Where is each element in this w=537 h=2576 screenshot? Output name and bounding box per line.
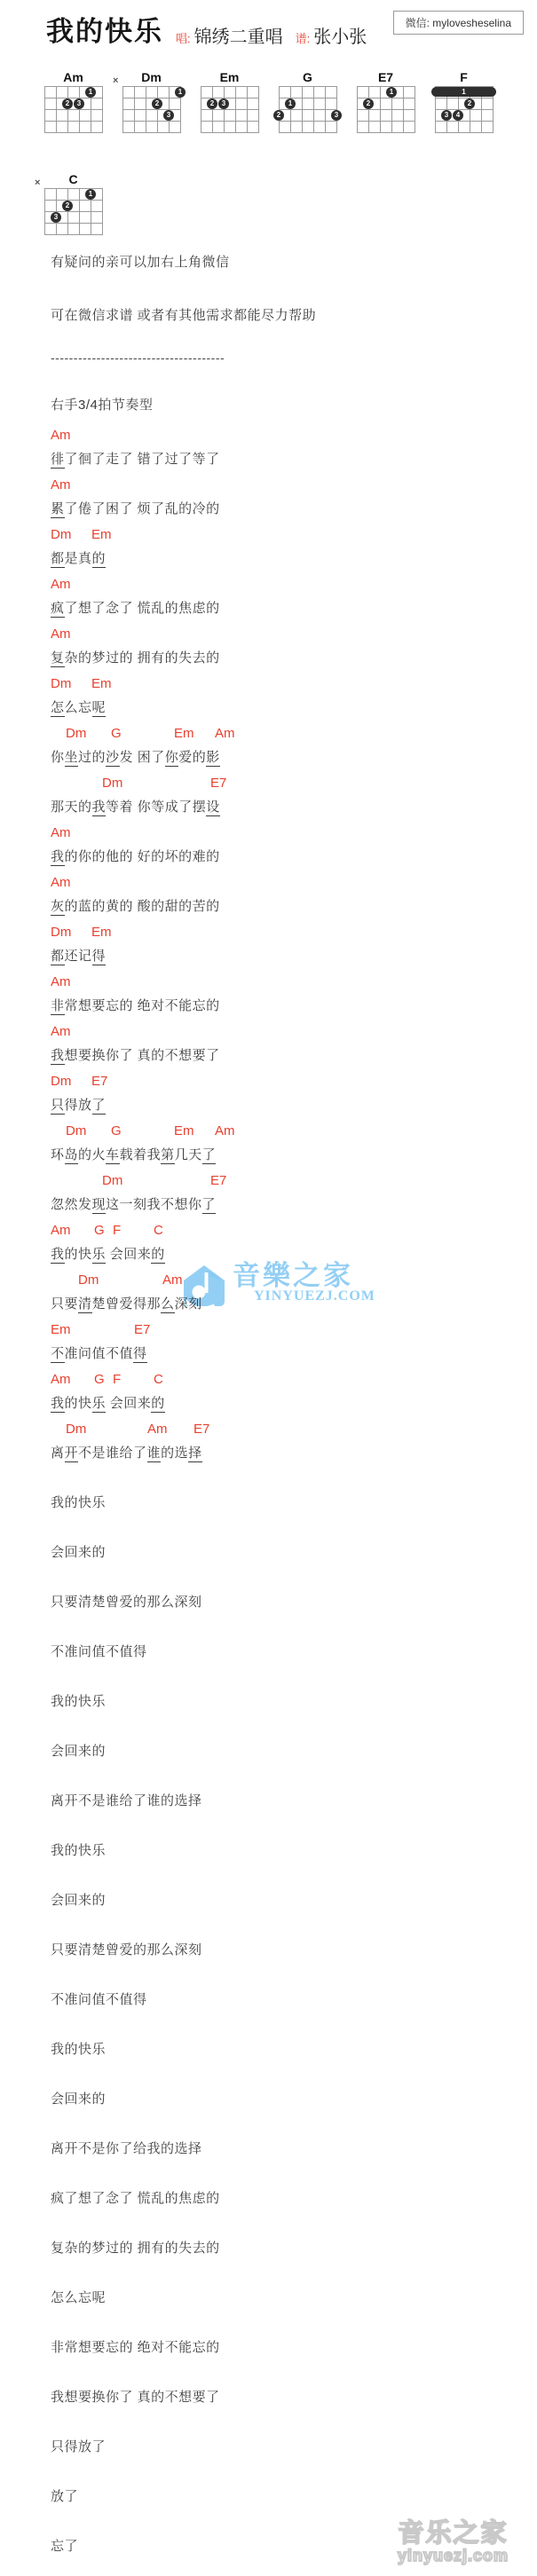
chord-name-label: C — [44, 173, 102, 185]
chord-symbol: Am — [51, 825, 71, 841]
lyric-text: 么忘 — [65, 700, 92, 715]
lyric-text: 的你的他的 好的坏的难的 — [65, 849, 220, 864]
chord-annotation-line: DmE7 — [51, 772, 537, 797]
chord-symbol: Em — [91, 925, 112, 941]
lyric-text: 深刻 — [175, 1296, 202, 1312]
lyric-text: 准问值不值 — [65, 1346, 134, 1361]
plain-lyric-line: 我的快乐 — [51, 1493, 537, 1517]
chord-symbol: Am — [51, 577, 71, 593]
chord-symbol: E7 — [210, 1173, 226, 1189]
lyric-beat-underlined: 我 — [51, 1048, 65, 1065]
lyric-beat-underlined: 累 — [51, 501, 65, 518]
lyric-beat-underlined: 都 — [51, 551, 65, 568]
chord-annotation-line: Am — [51, 822, 537, 847]
lyric-line: 那天的我等着 你等成了摆设 — [51, 797, 537, 822]
lyric-beat-underlined: 的 — [151, 1247, 165, 1264]
chord-symbol: Dm — [51, 925, 71, 941]
chord-symbol: Am — [215, 1123, 235, 1139]
finger-dot: 2 — [62, 201, 73, 211]
chord-symbol: Dm — [66, 1123, 86, 1139]
chord-symbol: C — [154, 1223, 163, 1239]
arranger-name: 张小张 — [313, 22, 367, 48]
chord-symbol: Dm — [102, 1173, 122, 1189]
chord-symbol: Em — [51, 1322, 71, 1338]
singer-name: 锦绣二重唱 — [194, 22, 283, 48]
lyric-text: 楚曾爱得那 — [92, 1296, 162, 1312]
plain-lyric-line: 复杂的梦过的 拥有的失去的 — [51, 2238, 537, 2263]
chord-name-label: Em — [201, 71, 258, 83]
finger-dot: 1 — [175, 87, 186, 98]
chord-annotation-line: DmE7 — [51, 1070, 537, 1095]
plain-lyric-line: 我想要换你了 真的不想要了 — [51, 2387, 537, 2412]
lyric-line: 非常想要忘的 绝对不能忘的 — [51, 996, 537, 1020]
lyric-beat-underlined: 我 — [92, 800, 107, 816]
lyric-beat-underlined: 乐 — [92, 1396, 107, 1413]
lyric-beat-underlined: 清 — [78, 1296, 92, 1313]
lyric-text: 发 困了 — [120, 750, 165, 765]
lyric-line: 只要清楚曾爱得那么深刻 — [51, 1294, 537, 1319]
chord-diagram-G: G123 — [279, 71, 336, 133]
plain-lyric-line: 只得放了 — [51, 2437, 537, 2462]
chord-symbol: Dm — [102, 776, 122, 792]
lyric-beat-underlined: 灰 — [51, 899, 65, 916]
chord-annotation-line: DmAm — [51, 1269, 537, 1294]
finger-dot: 3 — [163, 110, 174, 121]
chord-symbol: Am — [215, 726, 235, 742]
chord-symbol: Am — [51, 1024, 71, 1040]
lyric-line: 复杂的梦过的 拥有的失去的 — [51, 648, 537, 673]
chord-diagram-F: F1234 — [435, 71, 493, 133]
lyric-beat-underlined: 开 — [65, 1446, 79, 1462]
chord-grid: 123 — [279, 86, 337, 133]
lyric-text: 得放 — [65, 1098, 92, 1113]
finger-dot: 2 — [152, 98, 162, 109]
chord-symbol: F — [113, 1372, 121, 1388]
lyric-beat-underlined: 非 — [51, 998, 65, 1015]
lyric-beat-underlined: 车 — [106, 1147, 120, 1164]
plain-lyric-line: 不准问值不值得 — [51, 1642, 537, 1666]
lyric-text: 忽然发 — [51, 1197, 92, 1212]
finger-dot: 1 — [85, 87, 96, 98]
chord-name-label: F — [435, 71, 493, 83]
chord-symbol: Em — [174, 1123, 194, 1139]
plain-lyric-line: 我的快乐 — [51, 1840, 537, 1865]
lyric-beat-underlined: 设 — [206, 800, 220, 816]
lyric-text: 爱的 — [178, 750, 206, 765]
lyric-line: 灰的蓝的黄的 酸的甜的苦的 — [51, 896, 537, 921]
plain-lyric-line: 非常想要忘的 绝对不能忘的 — [51, 2337, 537, 2362]
plain-lyric-line: 放了 — [51, 2486, 537, 2511]
chord-grid: ×123 — [122, 86, 181, 133]
chord-grid: 123 — [44, 86, 103, 133]
chord-symbol: Em — [91, 527, 112, 543]
chord-annotation-line: Am — [51, 573, 537, 598]
chord-annotation-line: Am — [51, 971, 537, 996]
chord-grid: ×123 — [44, 188, 103, 235]
chord-symbol: Dm — [51, 676, 71, 692]
lyric-line: 我的你的他的 好的坏的难的 — [51, 847, 537, 871]
lyric-line: 只得放了 — [51, 1095, 537, 1120]
singer-label: 唱: — [176, 29, 191, 46]
lyric-line: 忽然发现这一刻我不想你了 — [51, 1194, 537, 1219]
chord-symbol: Dm — [78, 1272, 99, 1288]
lyric-text: 的快 — [65, 1247, 92, 1262]
lyric-text: 你 — [51, 750, 65, 765]
lyric-text: 了倦了困了 烦了乱的冷的 — [65, 501, 220, 516]
chord-symbol: E7 — [210, 776, 226, 792]
lyric-text: 的蓝的黄的 酸的甜的苦的 — [65, 899, 220, 914]
lyric-beat-underlined: 乐 — [92, 1247, 107, 1264]
chord-diagram-row-2: C×123 — [44, 173, 537, 235]
chord-symbol: Dm — [51, 527, 71, 543]
lyric-beat-underlined: 的 — [92, 551, 107, 568]
chord-symbol: F — [113, 1223, 121, 1239]
chord-symbol: Am — [51, 1223, 71, 1239]
lyric-beat-underlined: 我 — [51, 1396, 65, 1413]
plain-lyric-line: 只要清楚曾爱的那么深刻 — [51, 1940, 537, 1965]
lyric-text: 会回来 — [106, 1396, 151, 1411]
note-help: 可在微信求谱 或者有其他需求都能尽力帮助 — [51, 308, 537, 324]
chord-symbol: Dm — [66, 726, 86, 742]
chord-annotation-line: AmGFC — [51, 1368, 537, 1393]
lyric-beat-underlined: 沙 — [106, 750, 120, 767]
lyric-text: 杂的梦过的 拥有的失去的 — [65, 650, 220, 666]
chord-symbol: Am — [51, 1372, 71, 1388]
chord-annotation-line: DmEm — [51, 673, 537, 697]
plain-lyric-line: 会回来的 — [51, 2089, 537, 2114]
lyric-beat-underlined: 怎 — [51, 700, 65, 717]
page-title: 我的快乐 — [46, 14, 163, 50]
lyric-text: 是真 — [65, 551, 92, 566]
plain-lyric-line: 离开不是谁给了谁的选择 — [51, 1791, 537, 1816]
finger-dot: 1 — [386, 87, 397, 98]
lyric-beat-underlined: 我 — [51, 1247, 65, 1264]
chord-symbol: Em — [174, 726, 194, 742]
rhythm-pattern-label: 右手3/4拍节奏型 — [51, 398, 537, 414]
lyric-beat-underlined: 择 — [188, 1446, 202, 1462]
lyric-beat-underlined: 我 — [51, 849, 65, 866]
finger-dot: 1 — [85, 189, 96, 200]
lyric-beat-underlined: 岛 — [65, 1147, 79, 1164]
finger-dot: 2 — [464, 98, 475, 109]
lyric-line: 环岛的火车载着我第几天了 — [51, 1145, 537, 1170]
chord-symbol: E7 — [134, 1322, 150, 1338]
chord-annotation-line: Am — [51, 424, 537, 449]
plain-lyric-line: 会回来的 — [51, 1542, 537, 1567]
plain-lyric-line: 我的快乐 — [51, 1691, 537, 1716]
lyric-beat-underlined: 么 — [161, 1296, 175, 1313]
chord-grid: 1234 — [435, 86, 494, 133]
lyric-line: 累了倦了困了 烦了乱的冷的 — [51, 499, 537, 524]
chord-symbol: Am — [51, 875, 71, 891]
lyric-beat-underlined: 疯 — [51, 601, 65, 618]
chord-symbol: Am — [162, 1272, 183, 1288]
lyric-line: 不准问值不值得 — [51, 1343, 537, 1368]
lyric-line: 徘了徊了走了 错了过了等了 — [51, 449, 537, 474]
lyric-beat-underlined: 坐 — [65, 750, 79, 767]
chord-symbol: Am — [51, 974, 71, 990]
lyric-text: 几天 — [175, 1147, 202, 1162]
chord-diagram-Dm: Dm×123 — [122, 71, 180, 133]
lyric-beat-underlined: 第 — [161, 1147, 175, 1164]
muted-string-mark: × — [113, 75, 118, 86]
chord-diagram-C: C×123 — [44, 173, 102, 235]
chord-symbol: E7 — [91, 1074, 107, 1090]
lyric-text: 会回来 — [106, 1247, 151, 1262]
finger-dot: 3 — [51, 212, 61, 223]
lyric-line: 我的快乐 会回来的 — [51, 1244, 537, 1269]
chord-annotation-line: Am — [51, 623, 537, 648]
chord-annotation-line: DmEm — [51, 921, 537, 946]
lyric-text: 的快 — [65, 1396, 92, 1411]
lyric-beat-underlined: 呢 — [92, 700, 107, 717]
chord-symbol: Am — [51, 428, 71, 444]
lyric-line: 离开不是谁给了谁的选择 — [51, 1443, 537, 1468]
finger-dot: 2 — [62, 98, 73, 109]
lyric-text: 环 — [51, 1147, 65, 1162]
chord-symbol: G — [111, 1123, 122, 1139]
lyric-text: 过的 — [78, 750, 106, 765]
lyric-text: 想要换你了 真的不想要了 — [65, 1048, 220, 1063]
finger-dot: 3 — [74, 98, 84, 109]
chord-name-label: Dm — [122, 71, 180, 83]
chord-symbol: G — [94, 1372, 105, 1388]
lyric-line: 你坐过的沙发 困了你爱的影 — [51, 747, 537, 772]
plain-lyrics-block: 我的快乐会回来的只要清楚曾爱的那么深刻不准问值不值得我的快乐会回来的离开不是谁给… — [51, 1493, 537, 2561]
plain-lyric-line: 会回来的 — [51, 1890, 537, 1915]
chord-grid: 12 — [357, 86, 415, 133]
chord-annotation-line: Am — [51, 871, 537, 896]
lyric-beat-underlined: 你 — [165, 750, 179, 767]
muted-string-mark: × — [35, 177, 40, 188]
lyric-line: 我想要换你了 真的不想要了 — [51, 1045, 537, 1070]
finger-dot: 2 — [273, 110, 284, 121]
lyric-beat-underlined: 得 — [92, 949, 107, 965]
plain-lyric-line: 离开不是你了给我的选择 — [51, 2139, 537, 2163]
note-contact: 有疑问的亲可以加右上角微信 — [51, 255, 537, 271]
lyric-beat-underlined: 复 — [51, 650, 65, 667]
lyric-beat-underlined: 了 — [92, 1098, 107, 1115]
lyric-line: 都是真的 — [51, 548, 537, 573]
chord-grid: 23 — [201, 86, 259, 133]
wechat-contact-box: 微信: mylovesheselina — [393, 11, 524, 35]
lyric-line: 都还记得 — [51, 946, 537, 971]
lyric-beat-underlined: 得 — [133, 1346, 147, 1363]
lyric-text: 的选 — [161, 1446, 188, 1461]
plain-lyric-line: 疯了想了念了 慌乱的焦虑的 — [51, 2188, 537, 2213]
lyric-line: 怎么忘呢 — [51, 697, 537, 722]
chord-annotation-line: DmEm — [51, 524, 537, 548]
plain-lyric-line: 忘了 — [51, 2536, 537, 2561]
chord-name-label: G — [279, 71, 336, 83]
song-body: Am徘了徊了走了 错了过了等了Am累了倦了困了 烦了乱的冷的DmEm都是真的Am… — [51, 424, 537, 1468]
lyric-text: 载着我 — [120, 1147, 162, 1162]
lyric-text: 这一刻我不想你 — [106, 1197, 202, 1212]
arranger-label: 谱: — [296, 29, 311, 46]
lyric-beat-underlined: 只 — [51, 1098, 65, 1115]
plain-lyric-line: 不准问值不值得 — [51, 1989, 537, 2014]
lyric-text: 了徊了走了 错了过了等了 — [65, 452, 220, 467]
plain-lyric-line: 我的快乐 — [51, 2039, 537, 2064]
lyric-text: 不是谁给了 — [78, 1446, 147, 1461]
finger-dot: 1 — [285, 98, 296, 109]
chord-name-label: Am — [44, 71, 102, 83]
lyric-beat-underlined: 现 — [92, 1197, 107, 1214]
lyric-beat-underlined: 徘 — [51, 452, 65, 469]
chord-diagram-Em: Em23 — [201, 71, 258, 133]
chord-name-label: E7 — [357, 71, 415, 83]
finger-dot: 3 — [331, 110, 342, 121]
chord-diagram-Am: Am123 — [44, 71, 102, 133]
lyric-text: 只要 — [51, 1296, 78, 1312]
finger-dot: 4 — [453, 110, 463, 121]
chord-sheet-page: 我的快乐 唱: 锦绣二重唱 谱: 张小张 微信: mylovesheselina… — [0, 0, 537, 2576]
lyric-line: 我的快乐 会回来的 — [51, 1393, 537, 1418]
finger-dot: 3 — [441, 110, 452, 121]
chord-symbol: Am — [147, 1422, 168, 1438]
lyric-text: 的火 — [78, 1147, 106, 1162]
lyric-beat-underlined: 谁 — [147, 1446, 162, 1462]
chord-annotation-line: AmGFC — [51, 1219, 537, 1244]
chord-symbol: G — [94, 1223, 105, 1239]
finger-dot: 2 — [363, 98, 374, 109]
separator-dashes: -------------------------------------- — [51, 351, 537, 365]
lyric-text: 了想了念了 慌乱的焦虑的 — [65, 601, 220, 616]
chord-symbol: Am — [51, 626, 71, 642]
chord-symbol: C — [154, 1372, 163, 1388]
chord-annotation-line: DmE7 — [51, 1170, 537, 1194]
plain-lyric-line: 只要清楚曾爱的那么深刻 — [51, 1592, 537, 1617]
barre-finger-bar: 1 — [431, 87, 496, 97]
chord-symbol: G — [111, 726, 122, 742]
chord-annotation-line: Am — [51, 474, 537, 499]
lyric-beat-underlined: 了 — [202, 1197, 217, 1214]
finger-dot: 3 — [218, 98, 229, 109]
lyric-text: 等着 你等成了摆 — [106, 800, 206, 815]
plain-lyric-line: 会回来的 — [51, 1741, 537, 1766]
chord-annotation-line: DmAmE7 — [51, 1418, 537, 1443]
chord-symbol: Am — [51, 477, 71, 493]
chord-symbol: Dm — [66, 1422, 86, 1438]
chord-symbol: Dm — [51, 1074, 71, 1090]
chord-annotation-line: DmGEmAm — [51, 1120, 537, 1145]
lyric-text: 常想要忘的 绝对不能忘的 — [65, 998, 220, 1013]
finger-dot: 2 — [207, 98, 217, 109]
lyric-beat-underlined: 影 — [206, 750, 220, 767]
chord-diagram-row-1: Am123Dm×123Em23G123E712F1234 — [44, 71, 537, 133]
chord-annotation-line: Am — [51, 1020, 537, 1045]
lyric-text: 还记 — [65, 949, 92, 964]
lyric-text: 离 — [51, 1446, 65, 1461]
chord-symbol: E7 — [193, 1422, 209, 1438]
chord-annotation-line: EmE7 — [51, 1319, 537, 1343]
chord-symbol: Em — [91, 676, 112, 692]
lyric-text: 那天的 — [51, 800, 92, 815]
lyric-line: 疯了想了念了 慌乱的焦虑的 — [51, 598, 537, 623]
plain-lyric-line: 怎么忘呢 — [51, 2288, 537, 2312]
lyric-beat-underlined: 都 — [51, 949, 65, 965]
lyric-beat-underlined: 了 — [202, 1147, 217, 1164]
lyric-beat-underlined: 的 — [151, 1396, 165, 1413]
lyric-beat-underlined: 不 — [51, 1346, 65, 1363]
chord-diagram-E7: E712 — [357, 71, 415, 133]
chord-annotation-line: DmGEmAm — [51, 722, 537, 747]
